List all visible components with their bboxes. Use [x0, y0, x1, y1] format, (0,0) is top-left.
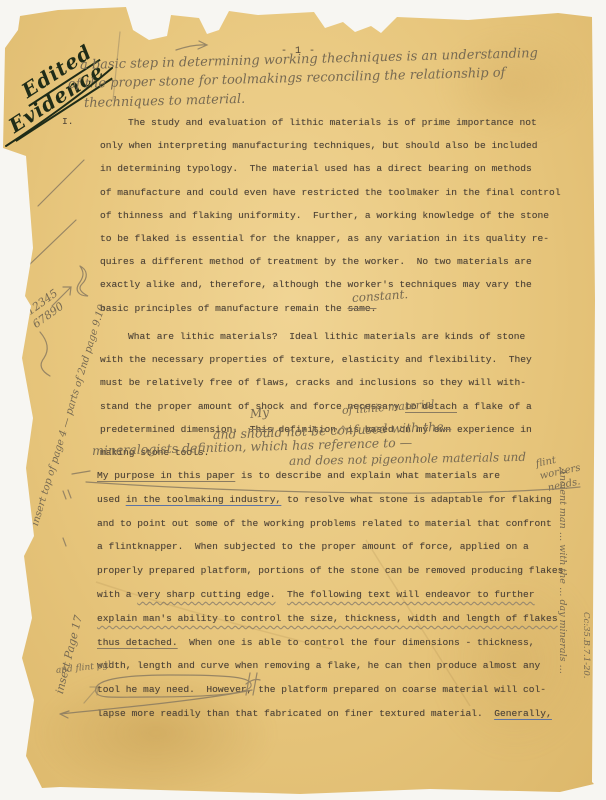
typed-line: a flintknapper. When subjected to the pr… — [97, 541, 529, 552]
typed-segment: of manufacture and could even have restr… — [100, 187, 561, 198]
typed-segment: tool he may need. However, the platform … — [97, 684, 546, 695]
typed-line: of thinness and flaking uniformity. Furt… — [100, 210, 549, 221]
handwritten-note-insert-mineralogist-3: and does not pigeonhole materials und — [289, 450, 526, 468]
typed-segment: My purpose in this paper — [97, 470, 235, 481]
typed-line: basic principles of manufacture remain t… — [100, 303, 376, 314]
typed-line: My purpose in this paper is to describe … — [97, 470, 500, 481]
typed-segment: lapse more readily than that fabricated … — [97, 708, 494, 719]
ditto-mark — [63, 490, 71, 499]
typed-segment: in the toolmaking industry, — [126, 494, 281, 505]
handwritten-note-margin-right-vertical: Ancient man … with the … day minerals … — [557, 468, 568, 674]
typed-segment: quires a different method of treatment b… — [100, 256, 532, 267]
typed-segment: and to point out some of the working pro… — [97, 518, 552, 529]
handwritten-note-constant: constant. — [352, 287, 409, 305]
typed-segment: explain man's ability to control the siz… — [97, 613, 558, 624]
typed-segment: in determining typology. The material us… — [100, 163, 532, 174]
ditto-mark — [63, 538, 66, 546]
typed-segment: What are lithic materials? Ideal lithic … — [128, 331, 525, 342]
typed-line: in determining typology. The material us… — [100, 163, 532, 174]
handwritten-note-catalog-number: Cc:35.B.7.1-20. — [581, 612, 591, 679]
typed-line: used in the toolmaking industry, to reso… — [97, 494, 552, 505]
typed-segment: of thinness and flaking uniformity. Furt… — [100, 210, 549, 221]
typed-line: tool he may need. However, the platform … — [97, 684, 546, 695]
typed-line: exactly alike and, therefore, although t… — [100, 279, 532, 290]
typed-line: What are lithic materials? Ideal lithic … — [128, 331, 525, 342]
typed-segment: very sharp cutting edge. — [137, 589, 275, 600]
typed-line: only when interpreting manufacturing tec… — [100, 140, 538, 151]
margin-squiggle — [40, 332, 50, 376]
typed-line: must be relatively free of flaws, cracks… — [100, 377, 526, 388]
typed-line: explain man's ability to control the siz… — [97, 613, 558, 624]
typed-segment: exactly alike and, therefore, although t… — [100, 279, 532, 290]
pencil-arrow-top — [176, 41, 207, 50]
section-numeral: I. — [62, 116, 74, 127]
typed-line: of manufacture and could even have restr… — [100, 187, 561, 198]
typed-line: and to point out some of the working pro… — [97, 518, 552, 529]
typed-segment: a flintknapper. When subjected to the pr… — [97, 541, 529, 552]
typed-line: quires a different method of treatment b… — [100, 256, 532, 267]
typed-segment: Generally, — [494, 708, 552, 719]
typed-line: width, length and curve when removing a … — [97, 660, 540, 671]
typed-segment: experience in — [451, 424, 532, 435]
typed-segment: The study and evaluation of lithic mater… — [128, 117, 537, 128]
typed-segment: is to describe and explain what material… — [235, 470, 500, 481]
dash-before-my-purpose — [72, 471, 90, 474]
typed-line: properly prepared platform, portions of … — [97, 565, 563, 576]
typed-segment: with a — [97, 589, 137, 600]
arrow-to-loop — [84, 687, 98, 703]
typed-line: thus detached. When one is able to contr… — [97, 637, 535, 648]
typed-segment: The following text will endeavor to furt… — [287, 589, 535, 600]
long-pencil-line — [86, 482, 580, 493]
margin-slash-1 — [38, 160, 84, 206]
typed-line: to be flaked is essential for the knappe… — [100, 233, 549, 244]
margin-slash-2 — [28, 220, 76, 266]
typed-segment: must be relatively free of flaws, cracks… — [100, 377, 526, 388]
typed-line: with a very sharp cutting edge. The foll… — [97, 589, 535, 600]
typed-segment: to be flaked is essential for the knappe… — [100, 233, 549, 244]
typed-segment: only when interpreting manufacturing tec… — [100, 140, 538, 151]
typed-segment: width, length and curve when removing a … — [97, 660, 540, 671]
margin-brace — [77, 266, 88, 296]
typed-segment: properly prepared platform, portions of … — [97, 565, 563, 576]
typed-segment: a flake of a — [457, 401, 532, 412]
typed-line: The study and evaluation of lithic mater… — [128, 117, 537, 128]
typed-line: with the necessary properties of texture… — [100, 354, 532, 365]
typed-segment — [276, 589, 288, 600]
handwritten-note-my: My — [249, 405, 269, 421]
handwritten-note-top-insert-3: thechniques to material. — [84, 92, 246, 111]
typed-segment: basic principles of manufacture remain t… — [100, 303, 348, 314]
typed-segment: When one is able to control the four dim… — [178, 637, 535, 648]
typed-segment: used — [97, 494, 126, 505]
typed-line: stand the proper amount of shock and for… — [100, 401, 532, 412]
paper-sheet: Edited Evidence - 1 - I. The study and e… — [0, 0, 606, 800]
handwritten-note-insert-page-17: insert Page 17 — [53, 614, 85, 695]
scanned-page: Edited Evidence - 1 - I. The study and e… — [0, 0, 606, 800]
typed-segment: with the necessary properties of texture… — [100, 354, 532, 365]
typed-segment: thus detached. — [97, 637, 178, 648]
typed-segment: to resolve what stone is adaptable for f… — [281, 494, 552, 505]
typed-line: lapse more readily than that fabricated … — [97, 708, 552, 719]
